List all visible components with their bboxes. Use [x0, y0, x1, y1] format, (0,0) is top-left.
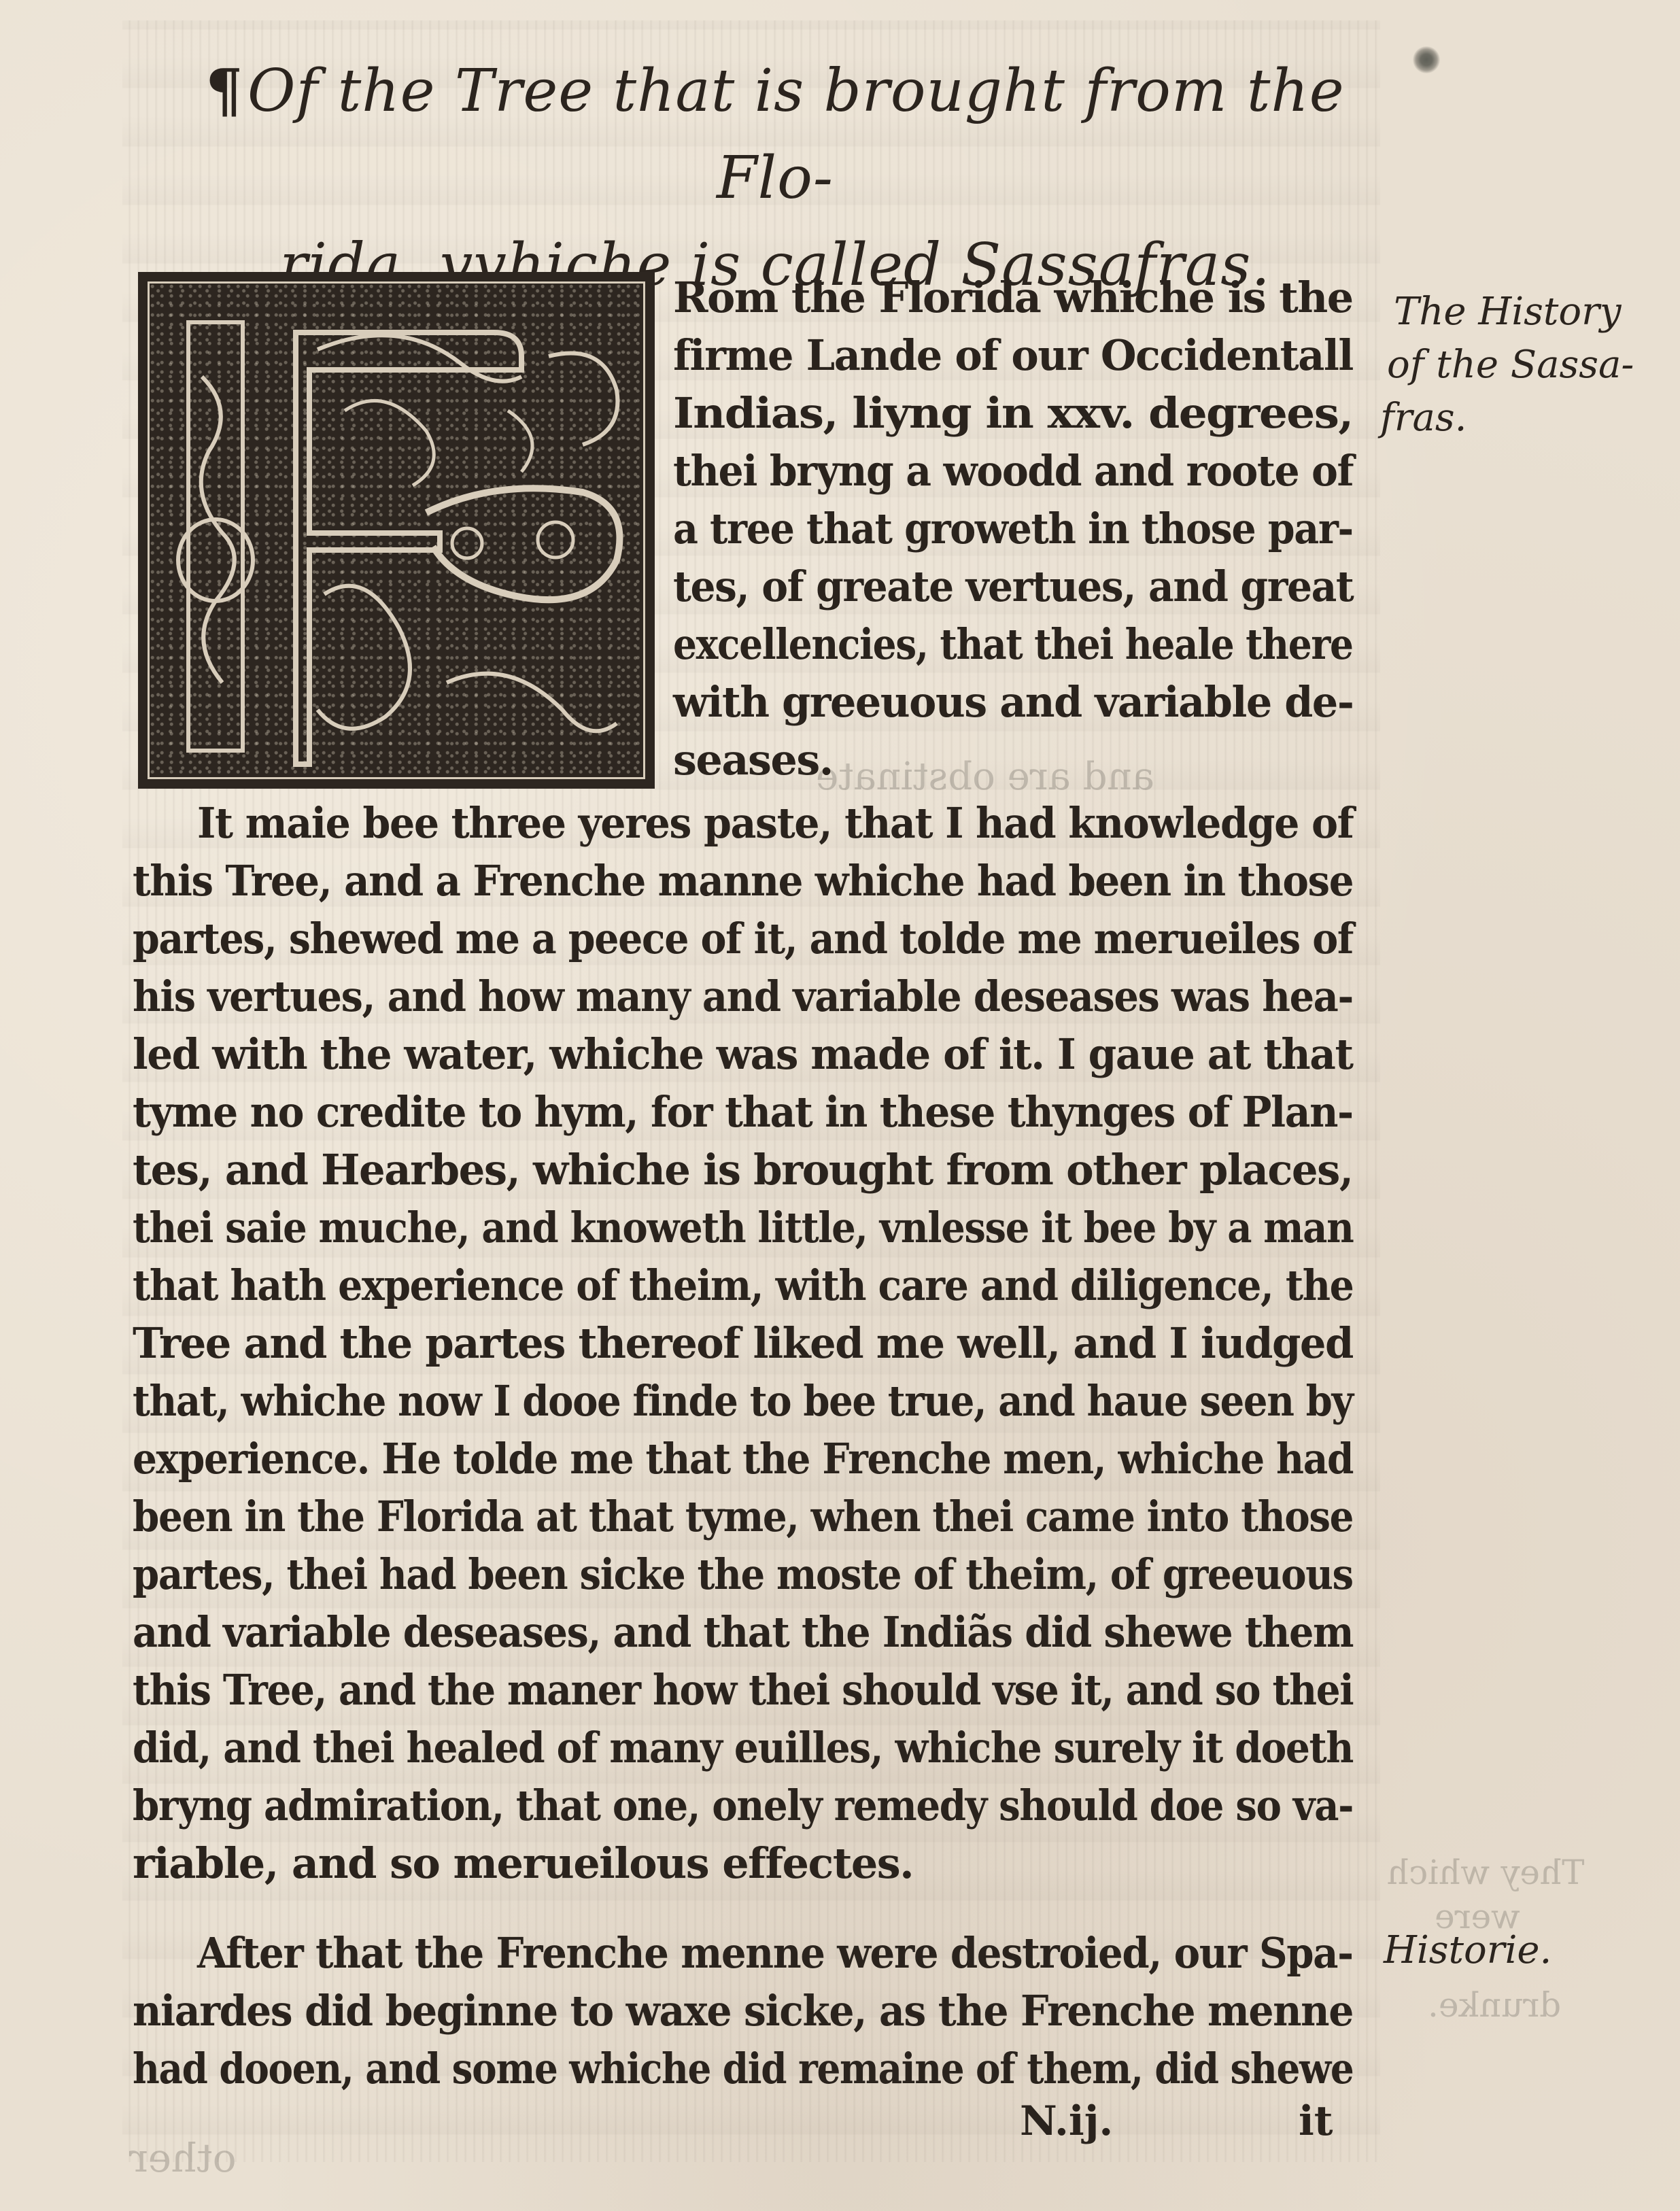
pilcrow-icon: ¶: [205, 56, 243, 125]
show-through-text-upper: and are obstinate: [816, 755, 1154, 799]
text-line: bryng admiration, that one, onely remedy…: [133, 1777, 1353, 1835]
signature-mark: N.ij.: [1020, 2097, 1113, 2145]
text-line: Indias, liyng in xxv. degrees,: [673, 384, 1353, 443]
text-line: tyme no credite to hym, for that in thes…: [133, 1083, 1353, 1142]
show-through-text-bottom-left: other: [129, 2135, 237, 2181]
book-page: and are obstinate They which were drunke…: [0, 0, 1680, 2211]
text-line: tes, of greate vertues, and great: [673, 558, 1353, 616]
text-line: partes, thei had been sicke the moste of…: [133, 1545, 1353, 1604]
margin-note-historie: Historie.: [1384, 1924, 1552, 1977]
ornamental-initial: [138, 272, 655, 789]
text-line: and variable deseases, and that the Indi…: [133, 1603, 1353, 1662]
text-line: led with the water, whiche was made of i…: [133, 1025, 1353, 1084]
text-line: firme Lande of our Occidentall: [673, 326, 1353, 385]
text-line: that hath experience of theim, with care…: [133, 1256, 1353, 1315]
text-line: had dooen, and some whiche did remaine o…: [133, 2040, 1353, 2098]
text-line: It maie bee three yeres paste, that I ha…: [197, 794, 1353, 853]
text-line: this Tree, and a Frenche manne whiche ha…: [133, 852, 1353, 910]
text-line: riable, and so merueilous effectes.: [133, 1834, 913, 1893]
show-through-text-margin-3: drunke.: [1428, 1985, 1561, 2025]
catchword: it: [1299, 2097, 1333, 2145]
text-line: excellencies, that thei heale there: [673, 615, 1353, 674]
text-line: that, whiche now I dooe finde to bee tru…: [133, 1372, 1353, 1430]
text-line: with greeuous and variable de-: [673, 673, 1353, 732]
text-line: thei saie muche, and knoweth little, vnl…: [133, 1199, 1353, 1257]
text-line: been in the Florida at that tyme, when t…: [133, 1488, 1353, 1546]
text-line: this Tree, and the maner how thei should…: [133, 1661, 1353, 1719]
show-through-text-margin-1: They which: [1387, 1853, 1584, 1892]
ink-spot: [1413, 46, 1440, 73]
text-line: experience. He tolde me that the Frenche…: [133, 1430, 1353, 1488]
heading-line-1: ¶Of the Tree that is brought from the Fl…: [197, 48, 1353, 222]
margin-note-history-of-sassafras: The History of the Sassa- fras.: [1394, 286, 1634, 445]
text-line: thei bryng a woodd and roote of: [673, 442, 1353, 500]
text-line: did, and thei healed of many euilles, wh…: [133, 1719, 1353, 1777]
text-line: Tree and the partes thereof liked me wel…: [133, 1314, 1353, 1373]
text-line: partes, shewed me a peece of it, and tol…: [133, 910, 1353, 968]
text-line: Rom the Florida whiche is the: [673, 269, 1353, 327]
text-line: his vertues, and how many and variable d…: [133, 967, 1353, 1026]
text-line: seases.: [673, 731, 833, 789]
text-line: tes, and Hearbes, whiche is brought from…: [133, 1141, 1353, 1199]
initial-ornament-icon: [141, 275, 655, 789]
text-line: After that the Frenche menne were destro…: [197, 1924, 1353, 1983]
text-line: niardes did beginne to waxe sicke, as th…: [133, 1982, 1353, 2040]
text-line: a tree that groweth in those par-: [673, 500, 1353, 558]
